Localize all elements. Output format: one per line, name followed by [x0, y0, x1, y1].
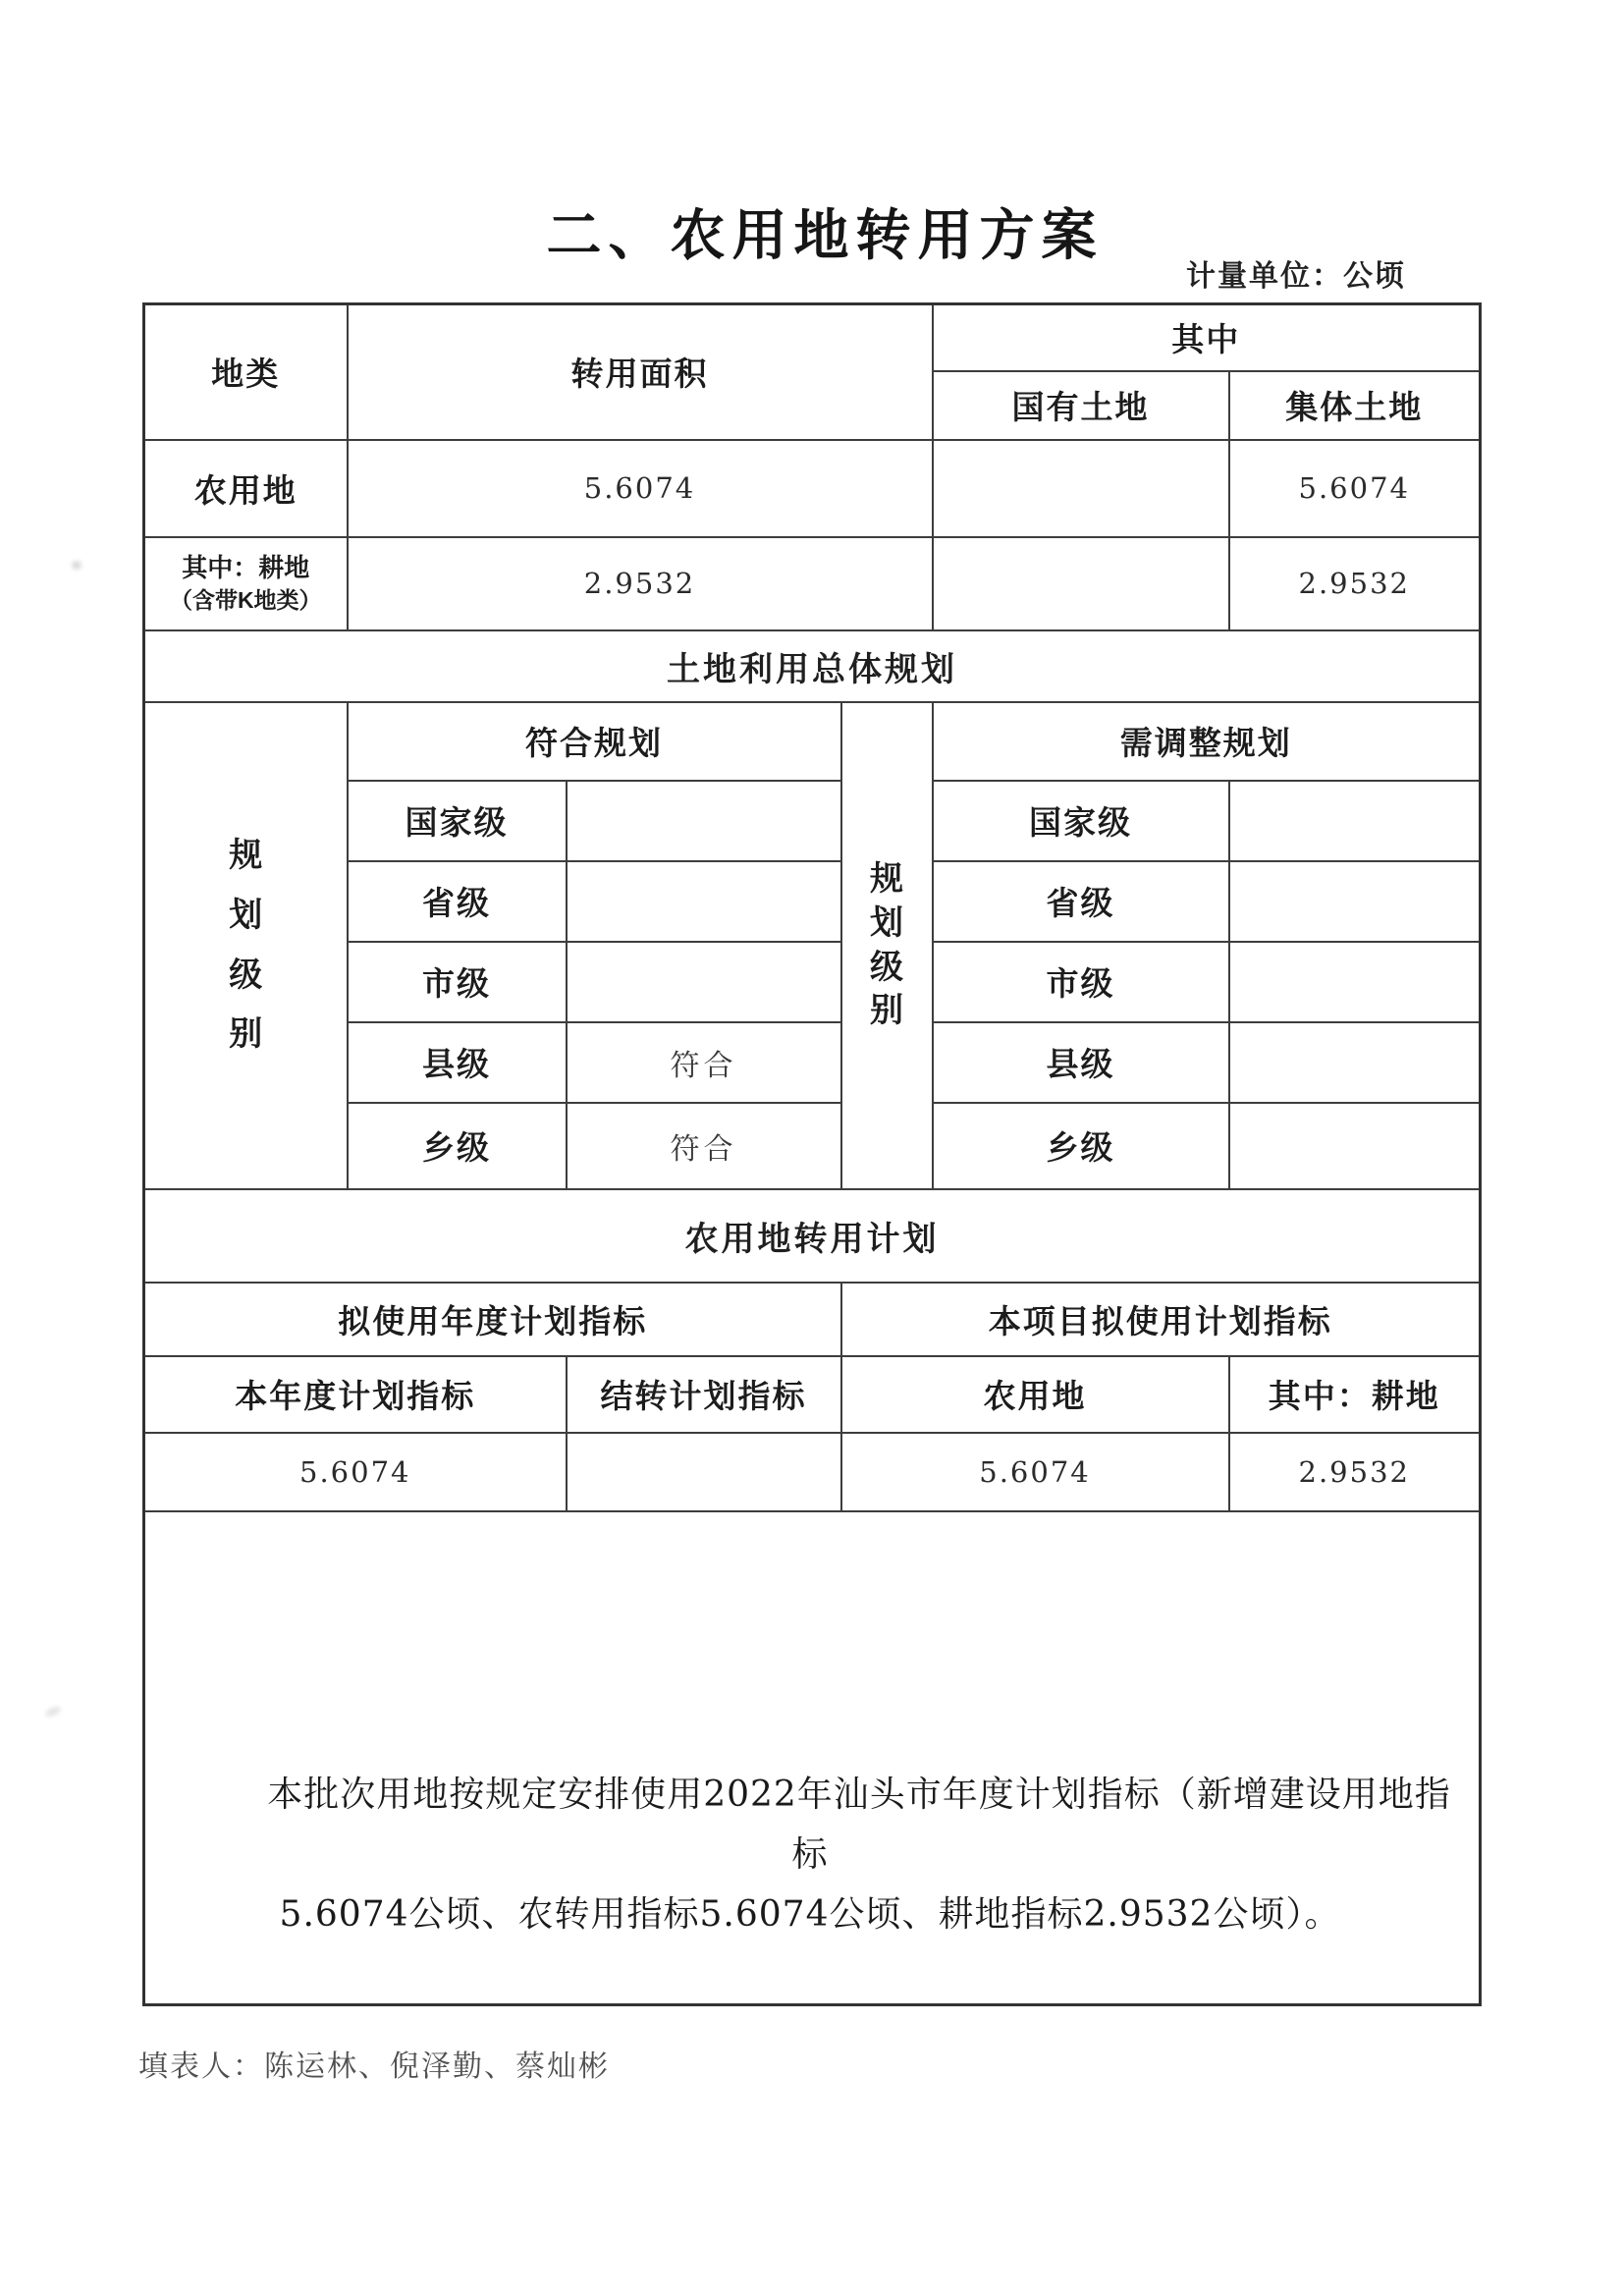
level-township-right: 乡级 — [933, 1103, 1229, 1189]
agricultural-land-collective: 5.6074 — [1229, 440, 1481, 537]
table-row: 规 划 级 别 符合规划 规 划 级 别 需调整规划 — [144, 702, 1481, 781]
table-row: 农用地 5.6074 5.6074 — [144, 440, 1481, 537]
header-plan-agricultural-land: 农用地 — [841, 1356, 1229, 1433]
header-conversion-area: 转用面积 — [348, 304, 933, 440]
cultivated-land-collective: 2.9532 — [1229, 537, 1481, 630]
table-row: 其中：耕地 （含带K地类） 2.9532 2.9532 — [144, 537, 1481, 630]
agricultural-land-area: 5.6074 — [348, 440, 933, 537]
agricultural-land-state-owned — [933, 440, 1229, 537]
level-municipal-left: 市级 — [348, 942, 567, 1022]
header-plan-cultivated-land: 其中：耕地 — [1229, 1356, 1481, 1433]
comply-value-municipal — [567, 942, 841, 1022]
header-project-plan-indicator: 本项目拟使用计划指标 — [841, 1283, 1481, 1356]
planning-level-label-left: 规 划 级 别 — [144, 702, 348, 1189]
adjust-value-municipal — [1229, 942, 1481, 1022]
section-header-row: 土地利用总体规划 — [144, 630, 1481, 702]
header-comply-with-planning: 符合规划 — [348, 702, 841, 781]
level-county-left: 县级 — [348, 1022, 567, 1103]
section-header-row: 农用地转用计划 — [144, 1189, 1481, 1283]
table-row: 本年度计划指标 结转计划指标 农用地 其中：耕地 — [144, 1356, 1481, 1433]
level-township-left: 乡级 — [348, 1103, 567, 1189]
comply-value-provincial — [567, 861, 841, 942]
table-row: 5.6074 5.6074 2.9532 — [144, 1433, 1481, 1511]
note-line-2: 5.6074公顷、农转用指标5.6074公顷、耕地指标2.9532公顷）。 — [151, 1885, 1469, 1944]
cultivated-land-state-owned — [933, 537, 1229, 630]
note-paragraph: 本批次用地按规定安排使用2022年汕头市年度计划指标（新增建设用地指标 5.60… — [145, 1570, 1479, 1944]
section-title-land-use-planning: 土地利用总体规划 — [144, 630, 1481, 702]
level-provincial-right: 省级 — [933, 861, 1229, 942]
comply-value-county: 符合 — [567, 1022, 841, 1103]
level-municipal-right: 市级 — [933, 942, 1229, 1022]
adjust-value-township — [1229, 1103, 1481, 1189]
header-collective-land: 集体土地 — [1229, 371, 1481, 440]
note-cell: 本批次用地按规定安排使用2022年汕头市年度计划指标（新增建设用地指标 5.60… — [144, 1511, 1481, 2005]
note-line-1: 本批次用地按规定安排使用2022年汕头市年度计划指标（新增建设用地指标 — [151, 1765, 1469, 1885]
level-national-left: 国家级 — [348, 781, 567, 861]
value-plan-cultivated-land: 2.9532 — [1229, 1433, 1481, 1511]
header-of-which: 其中 — [933, 304, 1481, 371]
comply-value-township: 符合 — [567, 1103, 841, 1189]
row-cultivated-land-label: 其中：耕地 （含带K地类） — [144, 537, 348, 630]
value-plan-agricultural-land: 5.6074 — [841, 1433, 1229, 1511]
adjust-value-provincial — [1229, 861, 1481, 942]
level-provincial-left: 省级 — [348, 861, 567, 942]
planning-level-label-middle: 规 划 级 别 — [841, 702, 933, 1189]
value-current-year-indicator: 5.6074 — [144, 1433, 567, 1511]
value-carryover-indicator — [567, 1433, 841, 1511]
header-adjust-planning: 需调整规划 — [933, 702, 1481, 781]
adjust-value-county — [1229, 1022, 1481, 1103]
level-national-right: 国家级 — [933, 781, 1229, 861]
comply-value-national — [567, 781, 841, 861]
form-filler-line: 填表人：陈运林、倪泽勤、蔡灿彬 — [138, 2042, 610, 2085]
level-county-right: 县级 — [933, 1022, 1229, 1103]
header-annual-plan-indicator: 拟使用年度计划指标 — [144, 1283, 841, 1356]
cultivated-land-label-line1: 其中：耕地 — [182, 553, 309, 582]
row-agricultural-land-label: 农用地 — [144, 440, 348, 537]
adjust-value-national — [1229, 781, 1481, 861]
section-title-conversion-plan: 农用地转用计划 — [144, 1189, 1481, 1283]
header-carryover-indicator: 结转计划指标 — [567, 1356, 841, 1433]
scan-smudge — [72, 561, 81, 570]
measurement-unit-label: 计量单位：公顷 — [1186, 251, 1406, 295]
cultivated-land-label-line2: （含带K地类） — [145, 585, 347, 616]
header-land-type: 地类 — [144, 304, 348, 440]
table-row: 拟使用年度计划指标 本项目拟使用计划指标 — [144, 1283, 1481, 1356]
scan-smudge — [44, 1705, 62, 1719]
header-current-year-indicator: 本年度计划指标 — [144, 1356, 567, 1433]
table-row: 地类 转用面积 其中 — [144, 304, 1481, 371]
header-state-owned-land: 国有土地 — [933, 371, 1229, 440]
conversion-plan-table: 地类 转用面积 其中 国有土地 集体土地 农用地 5.6074 5.6074 其… — [142, 302, 1482, 2006]
cultivated-land-area: 2.9532 — [348, 537, 933, 630]
note-row: 本批次用地按规定安排使用2022年汕头市年度计划指标（新增建设用地指标 5.60… — [144, 1511, 1481, 2005]
